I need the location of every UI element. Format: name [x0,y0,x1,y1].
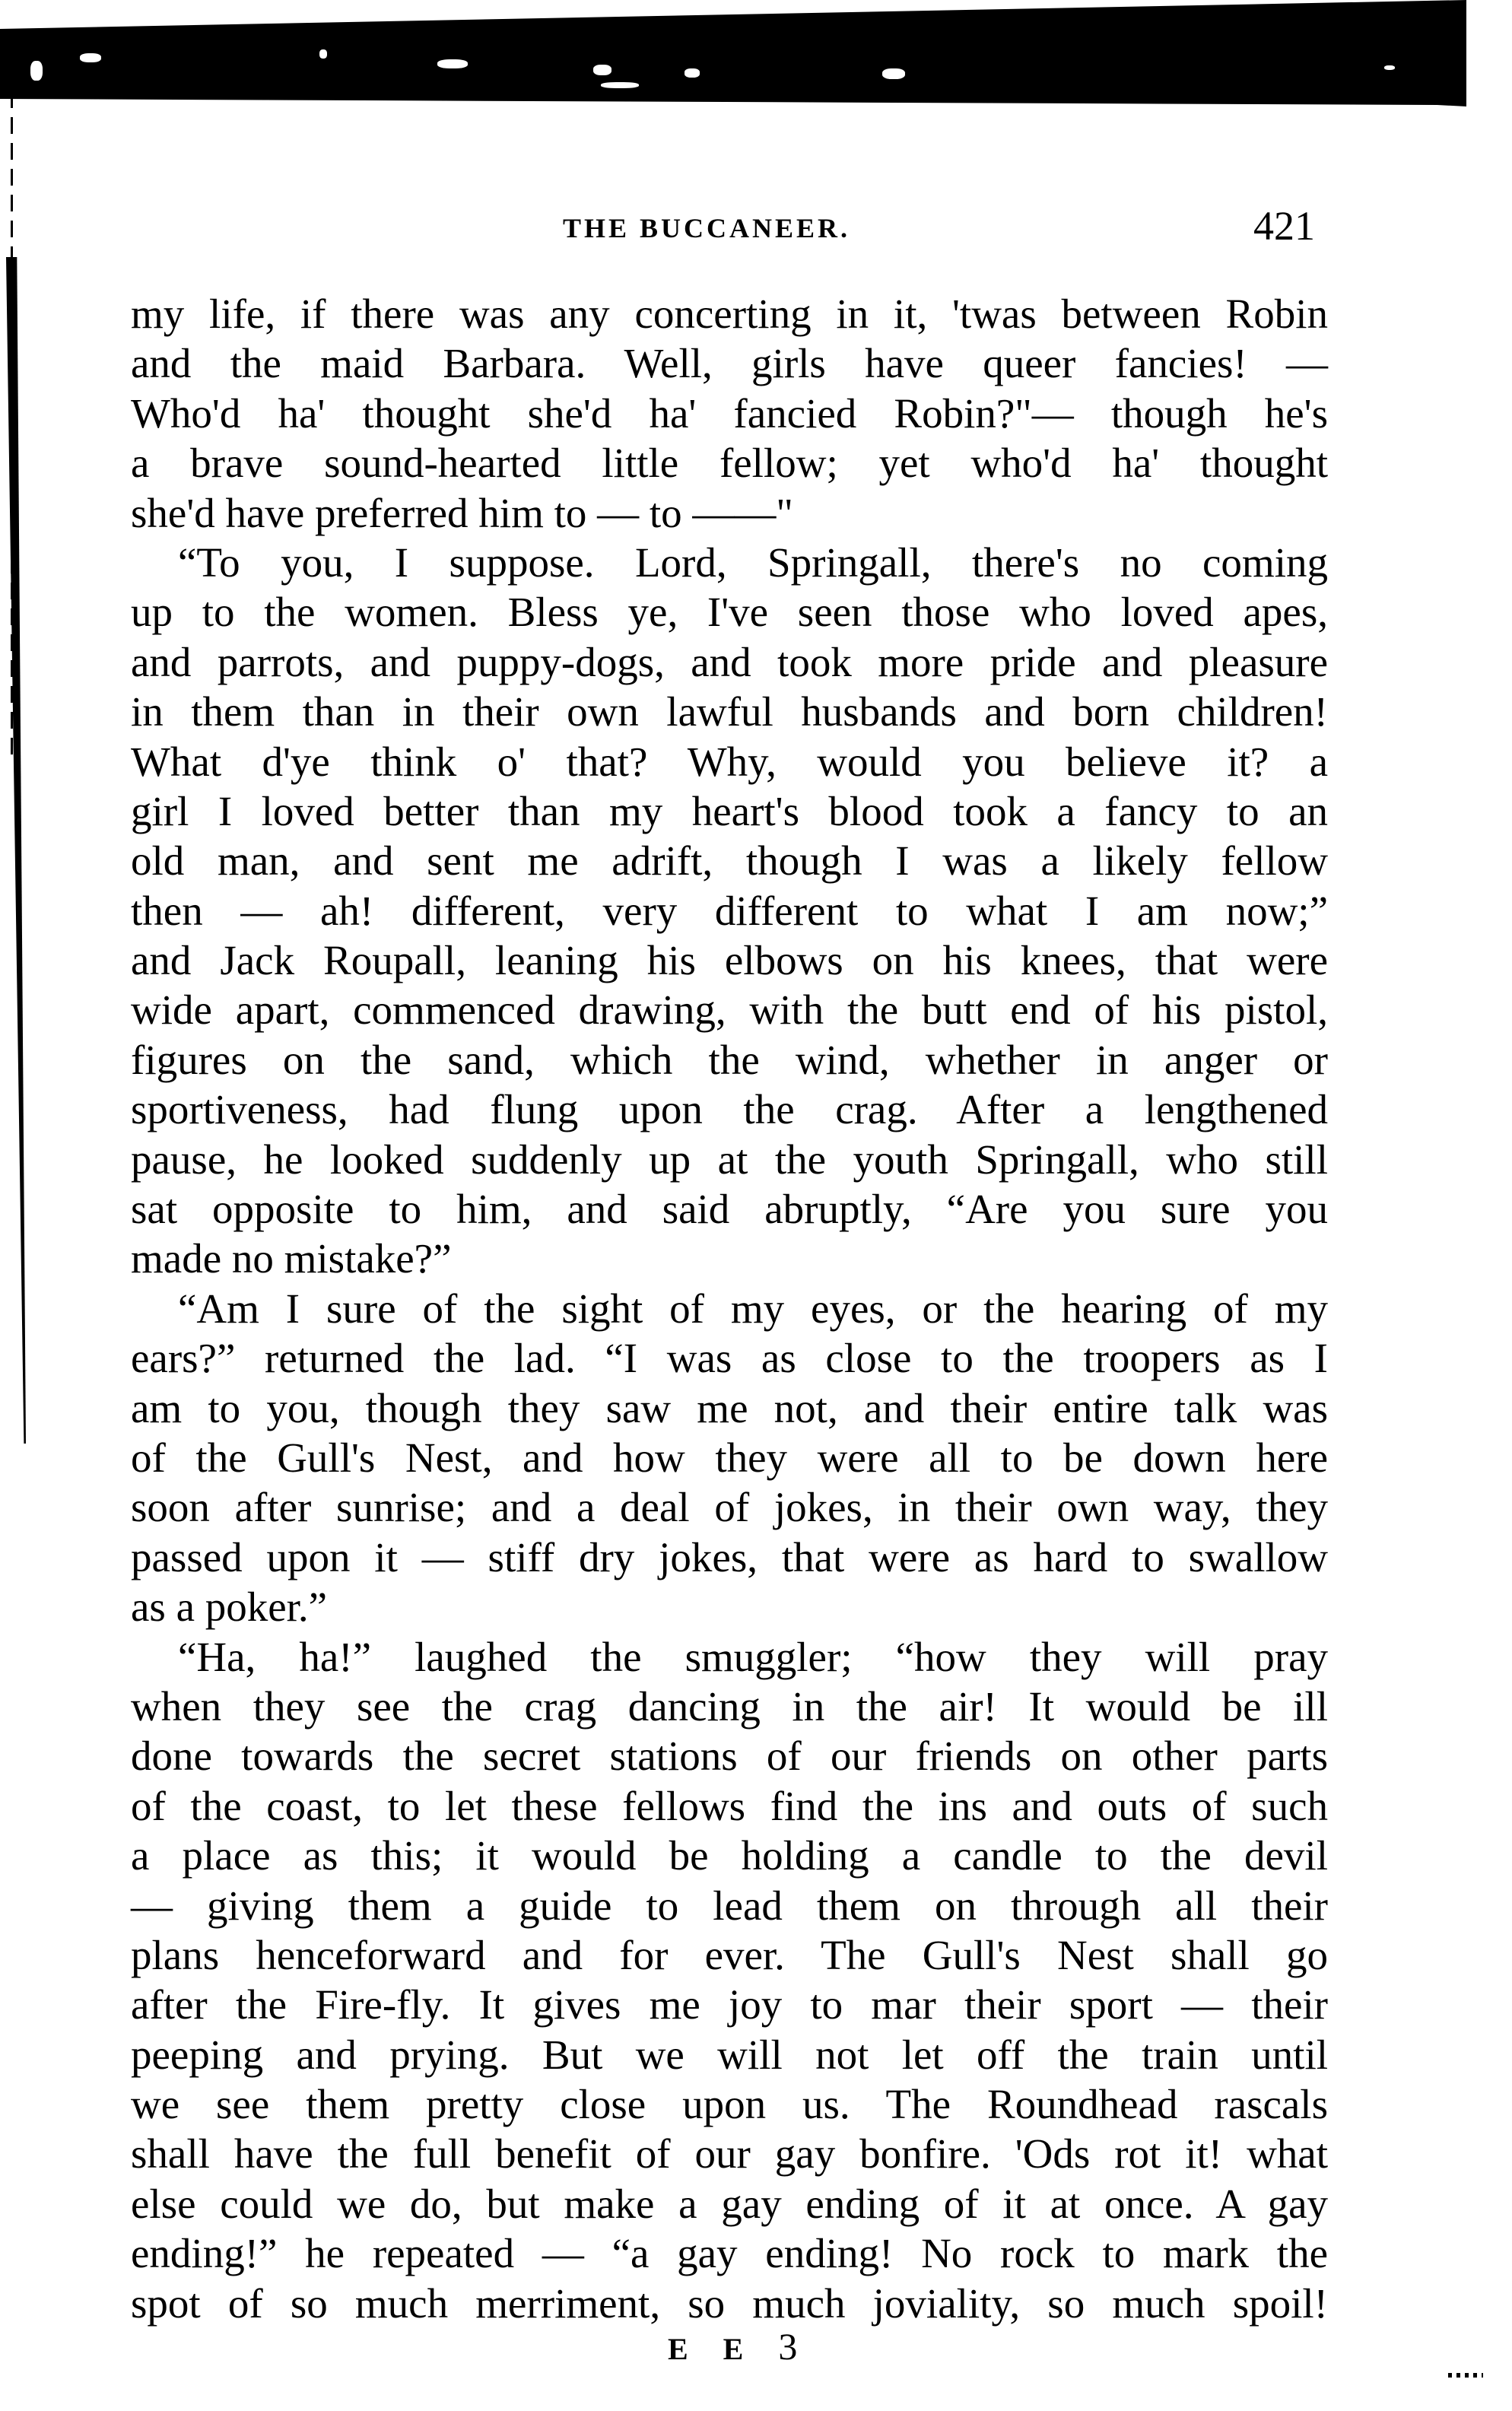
text-line: sportiveness, had flung upon the crag. A… [131,1085,1328,1134]
text-line: — giving them a guide to lead them on th… [131,1881,1328,1930]
scan-speck [882,68,905,79]
text-line: she'd have preferred him to — to ——" [131,488,1328,538]
text-line: after the Fire-fly. It gives me joy to m… [131,1980,1328,2029]
text-line: old man, and sent me adrift, though I wa… [131,836,1328,885]
signature-number: 3 [778,2325,797,2368]
text-line: a brave sound-hearted little fellow; yet… [131,438,1328,488]
text-line: else could we do, but make a gay ending … [131,2179,1328,2228]
text-line: “Am I sure of the sight of my eyes, or t… [131,1284,1328,1333]
signature-letters: E E [668,2332,757,2366]
scan-gutter-shadow [6,257,26,1444]
running-head: THE BUCCANEER. [563,214,850,242]
scan-edge-specks [1448,2373,1483,2378]
text-line: shall have the full benefit of our gay b… [131,2129,1328,2178]
scan-speck [319,49,327,59]
text-line: passed upon it — stiff dry jokes, that w… [131,1533,1328,1582]
text-line: of the Gull's Nest, and how they were al… [131,1433,1328,1482]
text-line: and parrots, and puppy-dogs, and took mo… [131,637,1328,687]
text-line: and the maid Barbara. Well, girls have q… [131,338,1328,388]
text-line: ears?” returned the lad. “I was as close… [131,1333,1328,1383]
text-line: done towards the secret stations of our … [131,1731,1328,1780]
scan-speck [80,53,101,62]
text-line: “Ha, ha!” laughed the smuggler; “how the… [131,1632,1328,1682]
printer-signature-mark: E E 3 [668,2327,797,2365]
text-line: we see them pretty close upon us. The Ro… [131,2079,1328,2129]
scan-speck [437,59,468,68]
text-line: of the coast, to let these fellows find … [131,1781,1328,1831]
text-line: when they see the crag dancing in the ai… [131,1682,1328,1731]
text-line: am to you, though they saw me not, and t… [131,1383,1328,1433]
scan-speck [601,82,639,88]
text-line: as a poker.” [131,1582,1328,1631]
text-line: sat opposite to him, and said abruptly, … [131,1184,1328,1234]
text-line: peeping and prying. But we will not let … [131,2030,1328,2079]
scan-speck [30,61,43,81]
text-line: a place as this; it would be holding a c… [131,1831,1328,1880]
scan-border-artifact-top [0,0,1466,106]
text-line: in them than in their own lawful husband… [131,687,1328,736]
text-line: made no mistake?” [131,1234,1328,1283]
text-line: “To you, I suppose. Lord, Springall, the… [131,538,1328,587]
text-line: soon after sunrise; and a deal of jokes,… [131,1482,1328,1532]
scan-speck [685,68,700,78]
body-text: my life, if there was any concerting in … [131,289,1328,2328]
text-line: pause, he looked suddenly up at the yout… [131,1135,1328,1184]
text-line: Who'd ha' thought she'd ha' fancied Robi… [131,389,1328,438]
text-line: wide apart, commenced drawing, with the … [131,985,1328,1034]
text-line: and Jack Roupall, leaning his elbows on … [131,935,1328,985]
text-line: plans henceforward and for ever. The Gul… [131,1930,1328,1980]
scan-speck [1384,65,1395,70]
text-line: figures on the sand, which the wind, whe… [131,1035,1328,1085]
text-line: girl I loved better than my heart's bloo… [131,786,1328,836]
page-number: 421 [1253,205,1315,246]
text-line: up to the women. Bless ye, I've seen tho… [131,587,1328,637]
text-line: spot of so much merriment, so much jovia… [131,2279,1328,2328]
text-line: ending!” he repeated — “a gay ending! No… [131,2228,1328,2278]
text-line: then — ah! different, very different to … [131,886,1328,935]
text-line: What d'ye think o' that? Why, would you … [131,737,1328,786]
scan-speck [593,65,611,75]
text-line: my life, if there was any concerting in … [131,289,1328,338]
